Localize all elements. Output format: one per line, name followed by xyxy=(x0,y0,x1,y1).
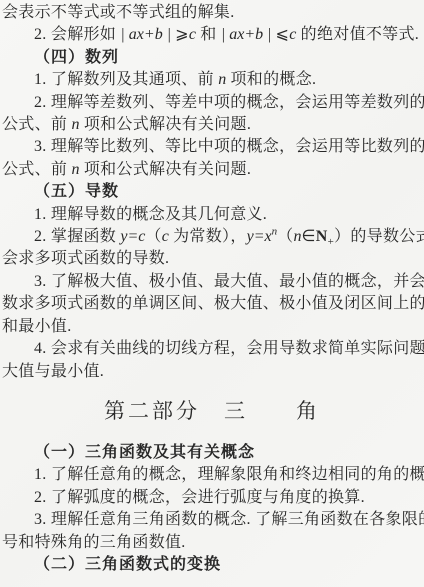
section-heading: （一）三角函数及其有关概念 xyxy=(2,442,422,464)
section-heading: （四）数列 xyxy=(2,47,422,69)
text-run: 1. 了解数列及其通项、前 xyxy=(34,71,218,88)
text-line: 会表示不等式或不等式组的解集. xyxy=(2,2,422,24)
text-run: （二）三角函数式的变换 xyxy=(34,556,221,573)
text-run: ⩾ xyxy=(175,26,189,43)
text-run: 2. 了解弧度的概念，会进行弧度与角度的换算. xyxy=(34,489,365,506)
math-text: c xyxy=(162,228,169,245)
math-text: n xyxy=(72,161,80,178)
text-run: ⩽ xyxy=(276,26,290,43)
text-run: 1. 了解任意角的概念，理解象限角和终边相同的角的概念. xyxy=(34,466,424,483)
section-heading: （二）三角函数式的变换 xyxy=(2,554,422,576)
text-run: 数求多项式函数的单调区间、极大值、极小值及闭区间上的最大值 xyxy=(2,295,424,312)
math-text: n xyxy=(72,116,80,133)
text-run: 3. 理解任意角三角函数的概念. 了解三角函数在各象限的符 xyxy=(34,511,424,528)
text-line: 1. 理解导数的概念及其几何意义. xyxy=(2,204,422,226)
math-text: | ax+b | xyxy=(221,26,276,43)
text-run: ∈ xyxy=(301,228,315,245)
text-line: 2. 会解形如 | ax+b | ⩾c 和 | ax+b | ⩽c 的绝对值不等… xyxy=(2,24,422,46)
text-run: 3. 理解等比数列、等比中项的概念，会运用等比数列的通项 xyxy=(34,138,424,155)
text-run: 3. 了解极大值、极小值、最大值、最小值的概念，并会用导 xyxy=(34,273,424,290)
text-line: 号和特殊角的三角函数值. xyxy=(2,532,422,554)
math-text: n xyxy=(218,71,226,88)
text-run: 公式、前 xyxy=(2,161,72,178)
text-run: 的绝对值不等式. xyxy=(296,26,419,43)
text-line: 3. 理解任意角三角函数的概念. 了解三角函数在各象限的符 xyxy=(2,509,422,531)
text-run: 为常数）， xyxy=(169,228,247,245)
text-run: （ xyxy=(277,228,293,245)
text-line: 2. 了解弧度的概念，会进行弧度与角度的换算. xyxy=(2,487,422,509)
text-run: （一）三角函数及其有关概念 xyxy=(34,444,255,461)
text-line: 3. 了解极大值、极小值、最大值、最小值的概念，并会用导 xyxy=(2,271,422,293)
text-run: 项和公式解决有关问题. xyxy=(80,116,252,133)
text-line: 和最小值. xyxy=(2,316,422,338)
math-text: y=x xyxy=(247,228,272,245)
text-run: N xyxy=(316,228,328,245)
text-run: 会表示不等式或不等式组的解集. xyxy=(2,4,235,21)
text-line: 大值与最小值. xyxy=(2,361,422,383)
text-run: 1. 理解导数的概念及其几何意义. xyxy=(34,206,267,223)
document-page: 会表示不等式或不等式组的解集.2. 会解形如 | ax+b | ⩾c 和 | a… xyxy=(0,0,424,587)
text-run: 项和公式解决有关问题. xyxy=(80,161,252,178)
text-run: 和最小值. xyxy=(2,318,72,335)
text-run: 2. 理解等差数列、等差中项的概念，会运用等差数列的通项 xyxy=(34,94,424,111)
text-run: ）的导数公式， xyxy=(334,228,424,245)
text-line: 4. 会求有关曲线的切线方程，会用导数求简单实际问题的最 xyxy=(2,338,422,360)
part-heading: 第二部分 三 角 xyxy=(2,396,422,426)
text-run: 公式、前 xyxy=(2,116,72,133)
math-text: y=c xyxy=(120,228,145,245)
text-run: （ xyxy=(145,228,161,245)
text-run: 第二部分 三 角 xyxy=(104,399,320,423)
text-line: 2. 掌握函数 y=c（c 为常数），y=xn（n∈N+）的导数公式， xyxy=(2,226,422,248)
text-run: 号和特殊角的三角函数值. xyxy=(2,534,186,551)
text-run: 4. 会求有关曲线的切线方程，会用导数求简单实际问题的最 xyxy=(34,340,424,357)
text-line: 公式、前 n 项和公式解决有关问题. xyxy=(2,159,422,181)
text-line: 3. 理解等比数列、等比中项的概念，会运用等比数列的通项 xyxy=(2,136,422,158)
text-run: 大值与最小值. xyxy=(2,363,104,380)
text-line: 会求多项式函数的导数. xyxy=(2,248,422,270)
section-heading: （五）导数 xyxy=(2,181,422,203)
text-run: （四）数列 xyxy=(34,49,119,66)
text-line: 数求多项式函数的单调区间、极大值、极小值及闭区间上的最大值 xyxy=(2,293,422,315)
text-run: 会求多项式函数的导数. xyxy=(2,250,169,267)
text-run: （五）导数 xyxy=(34,183,119,200)
text-run: 2. 会解形如 xyxy=(34,26,120,43)
text-run: 和 xyxy=(196,26,221,43)
text-line: 公式、前 n 项和公式解决有关问题. xyxy=(2,114,422,136)
text-line: 1. 了解数列及其通项、前 n 项和的概念. xyxy=(2,69,422,91)
text-line: 2. 理解等差数列、等差中项的概念，会运用等差数列的通项 xyxy=(2,92,422,114)
math-text: c xyxy=(189,26,196,43)
math-text: | ax+b | xyxy=(120,26,175,43)
text-line: 1. 了解任意角的概念，理解象限角和终边相同的角的概念. xyxy=(2,464,422,486)
text-run: 2. 掌握函数 xyxy=(34,228,120,245)
text-content: 会表示不等式或不等式组的解集.2. 会解形如 | ax+b | ⩾c 和 | a… xyxy=(2,2,422,576)
text-run: 项和的概念. xyxy=(226,71,316,88)
